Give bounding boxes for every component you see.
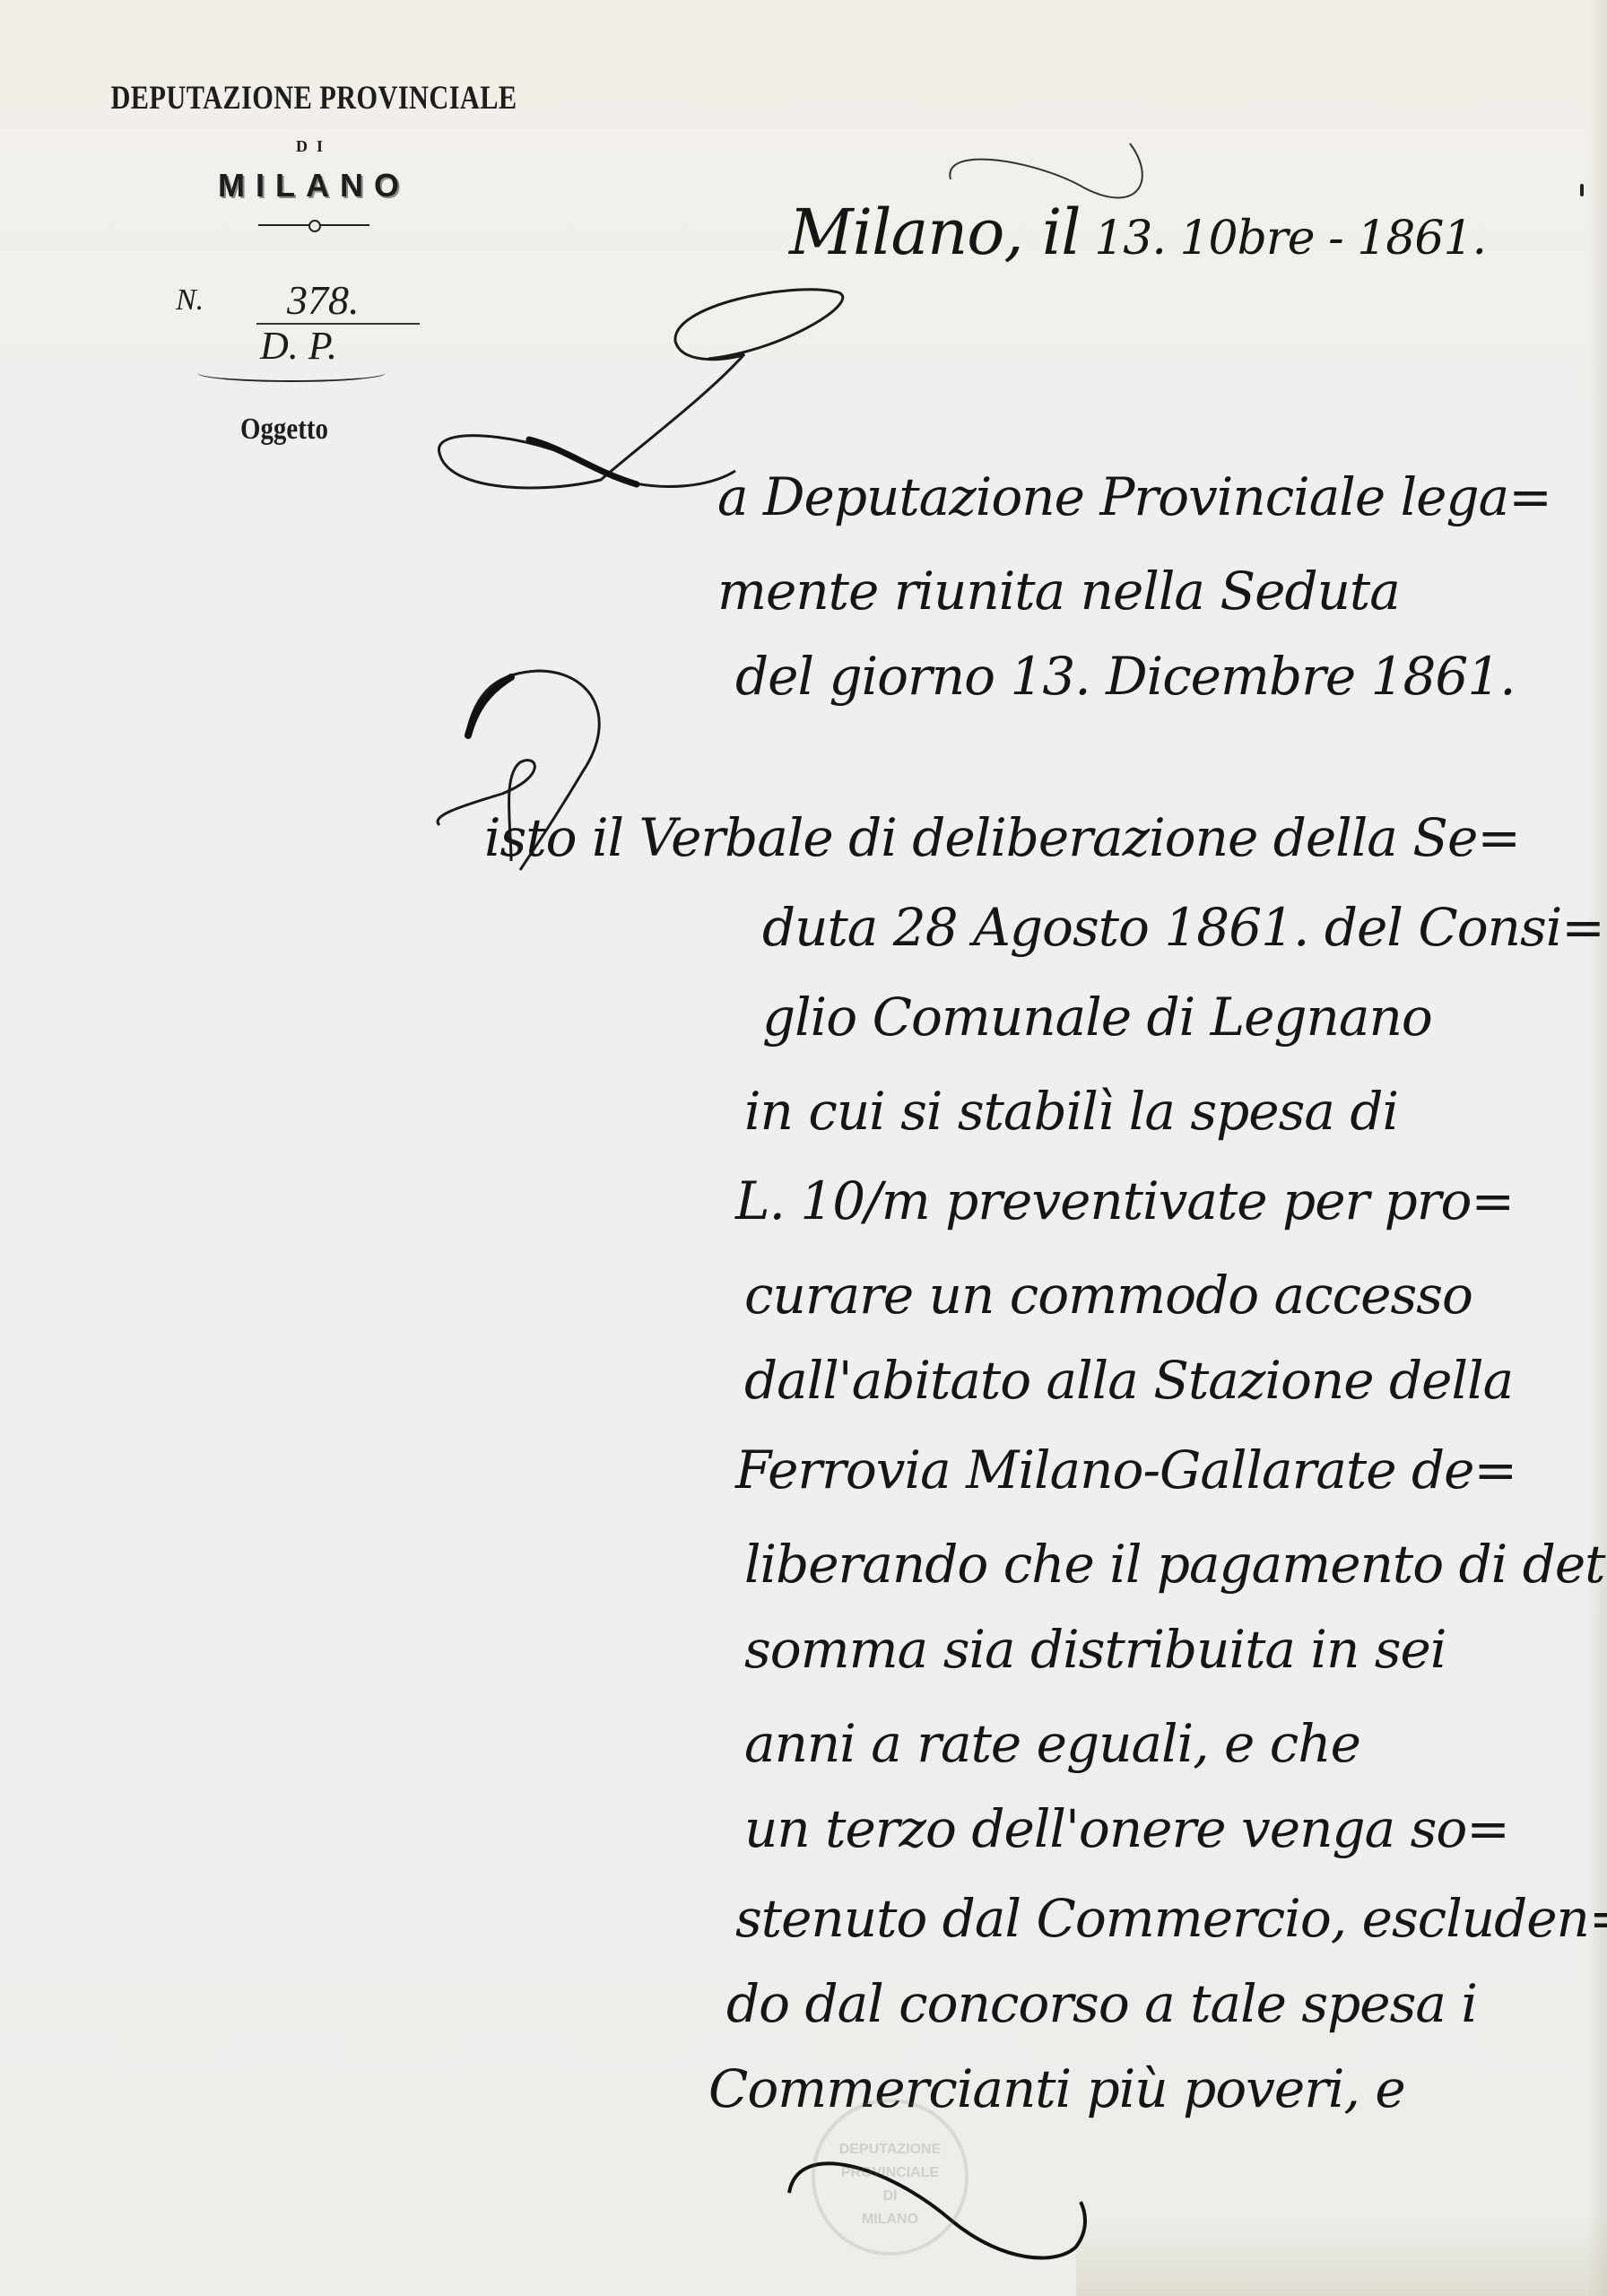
body-line-5: duta 28 Agosto 1861. del Consi= [762, 897, 1604, 958]
ornament-rule-icon [258, 219, 369, 231]
date-year: 1861. [1357, 212, 1486, 265]
faded-stamp: DEPUTAZIONE PROVINCIALE DI MILANO [812, 2099, 969, 2256]
ink-mark [1580, 184, 1584, 196]
protocol-label: N. [176, 283, 204, 317]
body-line-2: mente riunita nella Seduta [717, 561, 1400, 622]
body-line-3: del giorno 13. Dicembre 1861. [735, 646, 1516, 707]
body-line-17: do dal concorso a tale spesa i [726, 1973, 1477, 2034]
date-place: Milano, il [789, 196, 1081, 269]
letterhead: DEPUTAZIONE PROVINCIALE DI MILANO [63, 79, 565, 231]
body-line-10: dall'abitato alla Stazione della [744, 1350, 1513, 1411]
protocol-number-block: N. 378. D. P. [170, 276, 475, 375]
letterhead-di: DI [63, 137, 565, 156]
body-line-11: Ferrovia Milano-Gallarate de= [735, 1439, 1516, 1500]
body-line-9: curare un commodo accesso [744, 1265, 1472, 1326]
letterhead-city: MILANO [63, 167, 565, 204]
page-bottom-shadow [1076, 2215, 1607, 2296]
body-line-15: un terzo dell'onere venga so= [744, 1798, 1509, 1859]
protocol-number: 378. [287, 276, 360, 324]
body-line-12: liberando che il pagamento di detta [744, 1534, 1607, 1595]
letterhead-title: DEPUTAZIONE PROVINCIALE [108, 79, 519, 117]
stamp-line-4: MILANO [815, 2208, 965, 2231]
stamp-line-2: PROVINCIALE [815, 2161, 965, 2185]
body-line-6: glio Comunale di Legnano [762, 987, 1432, 1048]
body-line-4: isto il Verbale di deliberazione della S… [484, 807, 1520, 868]
protocol-sub: D. P. [260, 323, 337, 369]
date-day: 13. [1094, 212, 1166, 265]
brace-ornament-icon [197, 371, 386, 382]
stamp-line-1: DEPUTAZIONE [815, 2138, 965, 2161]
date-line: Milano, il 13. 10bre - 1861. [789, 196, 1486, 269]
subject-label: Oggetto [240, 413, 328, 447]
page-edge-shadow [1587, 0, 1607, 2296]
body-line-16: stenuto dal Commercio, escluden= [735, 1888, 1607, 1949]
document-page: DEPUTAZIONE PROVINCIALE DI MILANO N. 378… [0, 0, 1607, 2296]
body-line-18: Commercianti più poveri, e [708, 2058, 1405, 2119]
body-line-1: a Deputazione Provinciale lega= [717, 466, 1551, 527]
stamp-line-3: DI [815, 2185, 965, 2208]
body-line-7: in cui si stabilì la spesa di [744, 1081, 1398, 1142]
body-line-14: anni a rate eguali, e che [744, 1713, 1360, 1774]
body-line-8: L. 10/m preventivate per pro= [735, 1170, 1514, 1231]
date-month: 10bre [1179, 212, 1314, 265]
body-line-13: somma sia distribuita in sei [744, 1619, 1446, 1680]
